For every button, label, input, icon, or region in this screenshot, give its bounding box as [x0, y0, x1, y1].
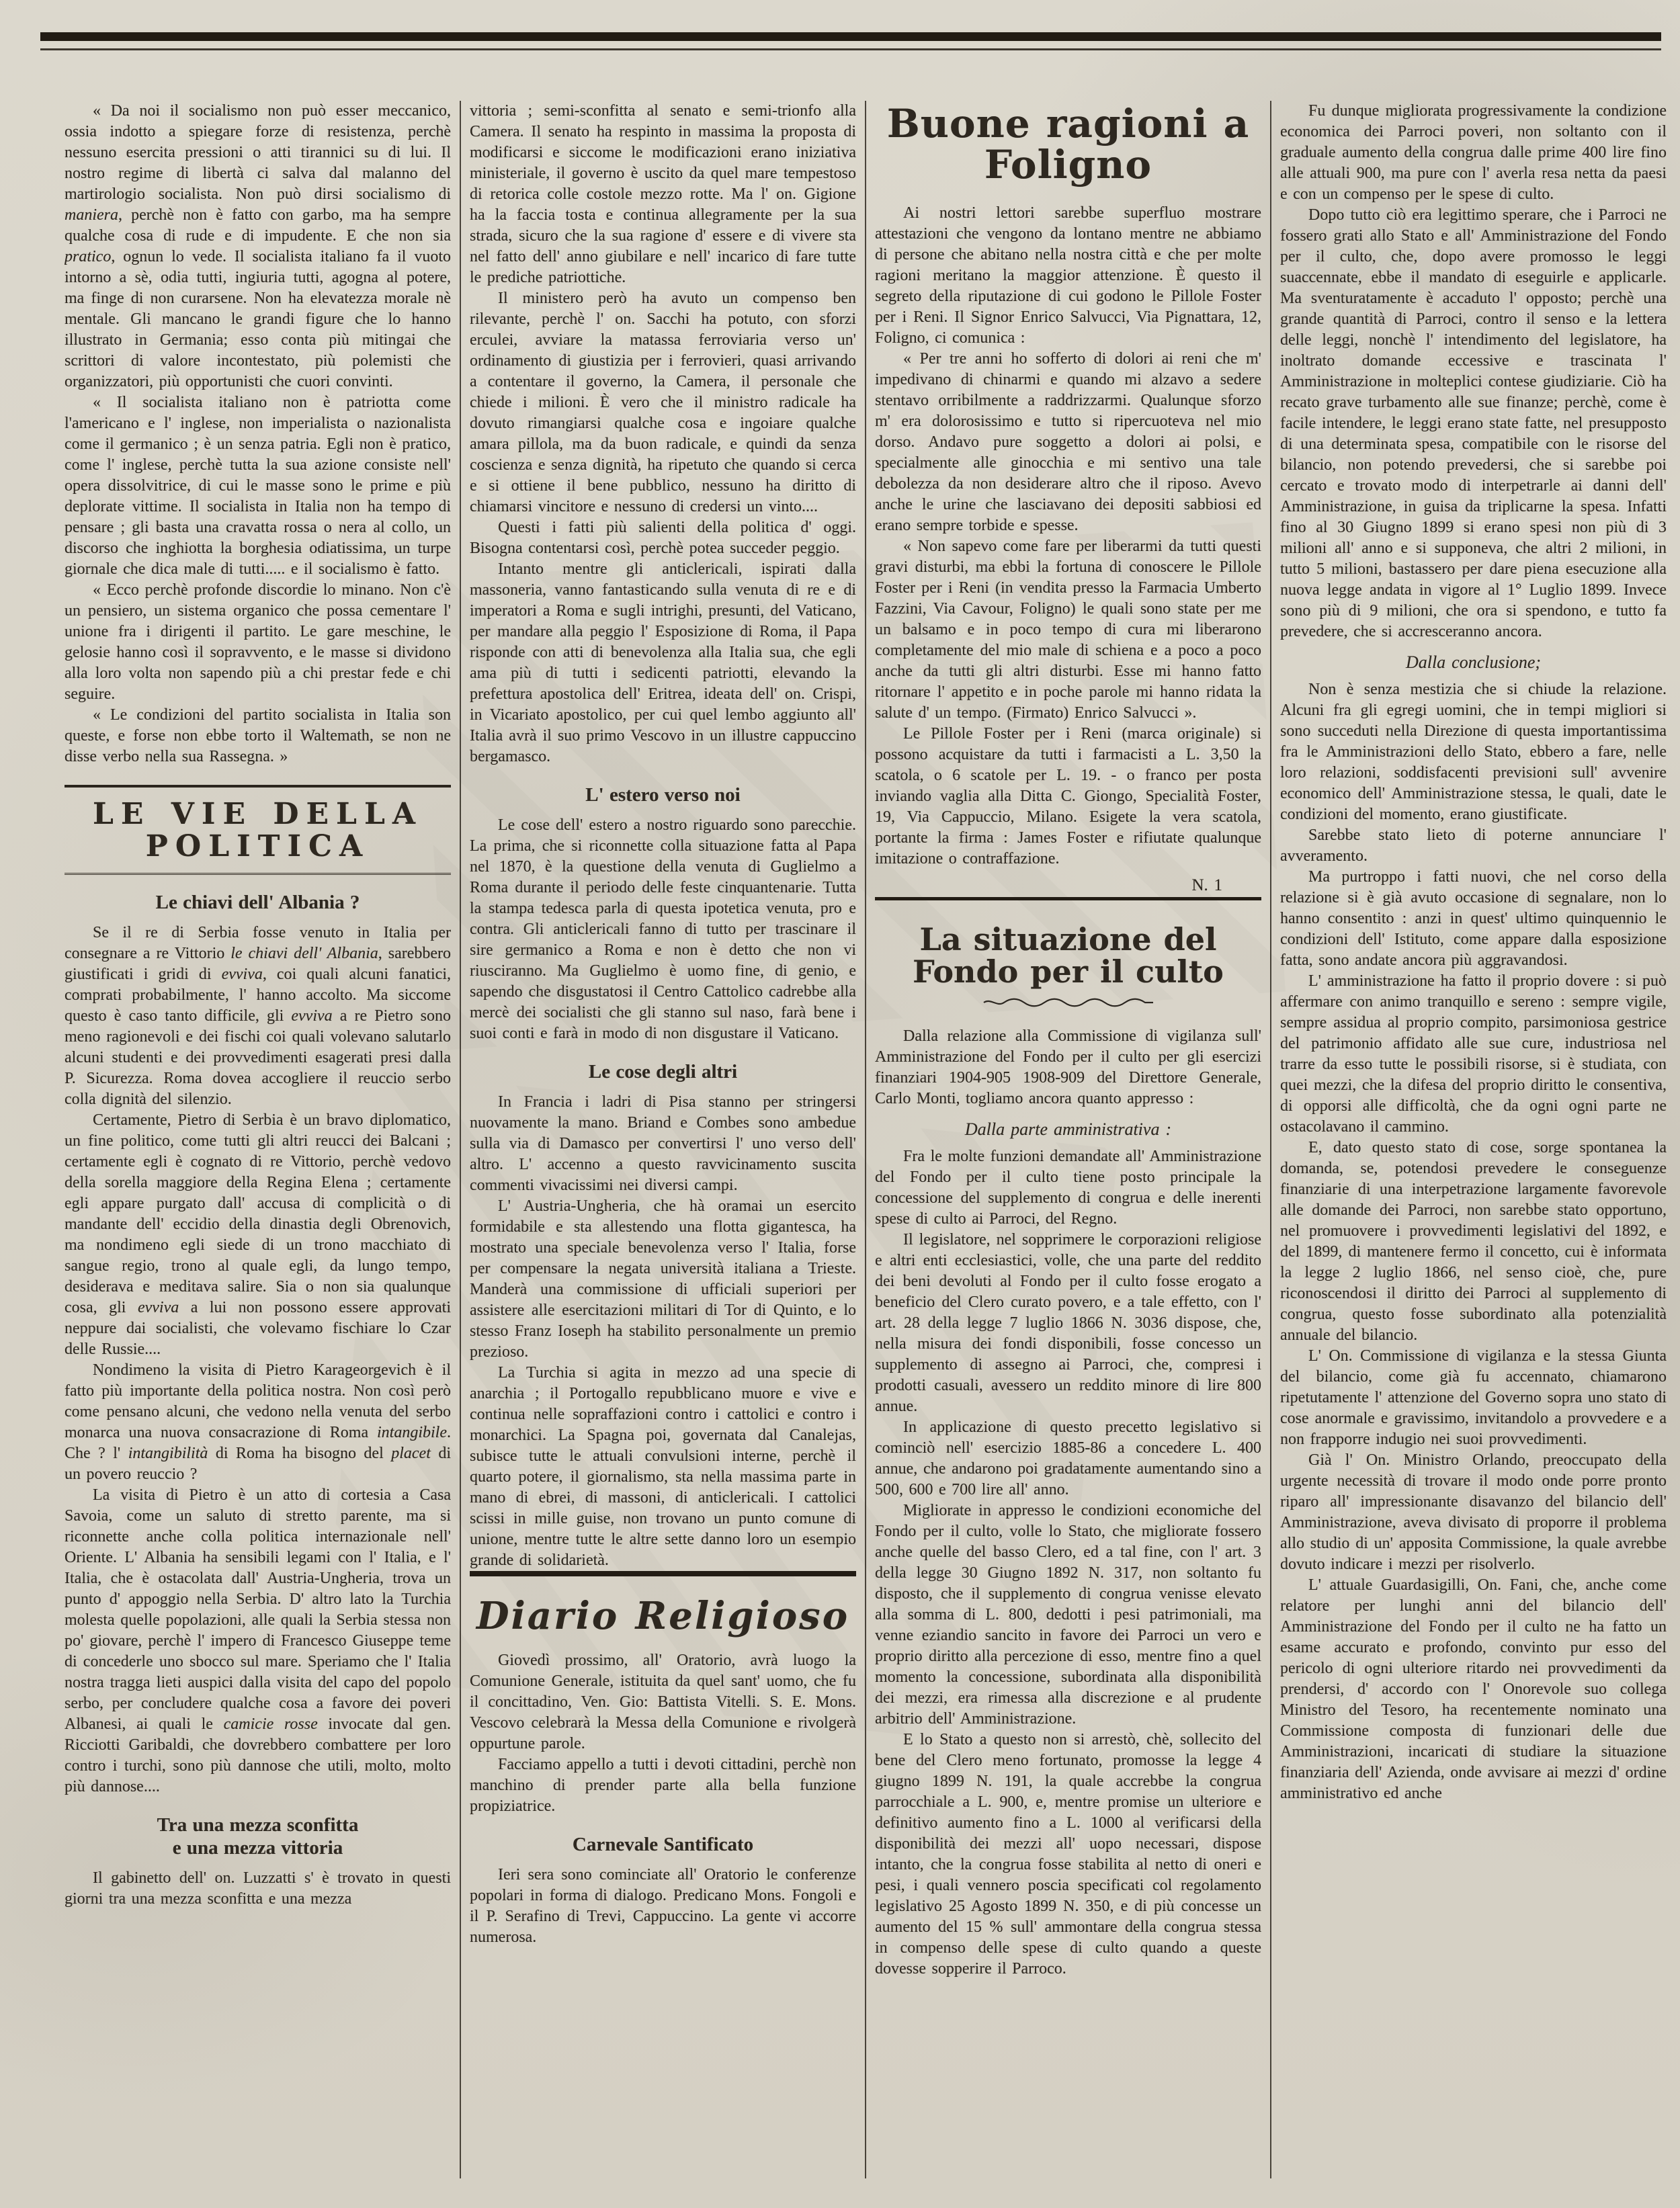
italic-subheading: Dalla parte amministrativa :	[875, 1119, 1261, 1140]
paragraph: Certamente, Pietro di Serbia è un bravo …	[65, 1110, 451, 1360]
article-subheading: Le chiavi dell' Albania ?	[65, 891, 451, 915]
paragraph: « Non sapevo come fare per liberarmi da …	[875, 536, 1261, 724]
paragraph: Il ministero però ha avuto un compenso b…	[470, 288, 856, 517]
article-headline: La situazione del Fondo per il culto	[875, 897, 1261, 988]
italic-subheading: Dalla conclusione;	[1280, 652, 1667, 673]
column-1: « Da noi il socialismo non può esser mec…	[65, 101, 451, 2178]
ornament-squiggle-icon	[981, 997, 1156, 1008]
masthead-bottom-rule	[40, 32, 1661, 41]
article-subheading: Carnevale Santificato	[470, 1833, 856, 1857]
paragraph: In Francia i ladri di Pisa stanno per st…	[470, 1092, 856, 1196]
paragraph: L' amministrazione ha fatto il proprio d…	[1280, 971, 1667, 1138]
paragraph: Il legislatore, nel sopprimere le corpor…	[875, 1230, 1261, 1417]
article-subheading: Le cose degli altri	[470, 1060, 856, 1084]
paragraph: Dalla relazione alla Commissione di vigi…	[875, 1026, 1261, 1109]
paragraph: L' attuale Guardasigilli, On. Fani, che,…	[1280, 1575, 1667, 1804]
paragraph: Questi i fatti più salienti della politi…	[470, 517, 856, 559]
paragraph: Se il re di Serbia fosse venuto in Itali…	[65, 923, 451, 1110]
paragraph: In applicazione di questo precetto legis…	[875, 1417, 1261, 1500]
paragraph: E lo Stato a questo non si arrestò, chè,…	[875, 1730, 1261, 1980]
column-4: Fu dunque migliorata progressivamente la…	[1280, 101, 1667, 2178]
paragraph: « Le condizioni del partito socialista i…	[65, 705, 451, 767]
paragraph: Ai nostri lettori sarebbe superfluo most…	[875, 203, 1261, 349]
paragraph: E, dato questo stato di cose, sorge spon…	[1280, 1138, 1667, 1346]
paragraph: Le cose dell' estero a nostro riguardo s…	[470, 815, 856, 1044]
article-subheading: L' estero verso noi	[470, 783, 856, 807]
paragraph: Le Pillole Foster per i Reni (marca orig…	[875, 724, 1261, 869]
advert-number: N. 1	[875, 875, 1261, 896]
paragraph: Fu dunque migliorata progressivamente la…	[1280, 101, 1667, 205]
masthead-bottom-rule-thin	[40, 48, 1661, 50]
paragraph: Migliorate in appresso le condizioni eco…	[875, 1500, 1261, 1730]
article-headline: Buone ragioni a Foligno	[875, 103, 1261, 185]
paragraph: « Il socialista italiano non è patriotta…	[65, 392, 451, 580]
column-separator	[460, 101, 461, 2178]
paragraph: « Ecco perchè profonde discordie lo mina…	[65, 580, 451, 705]
paragraph: La visita di Pietro è un atto di cortesi…	[65, 1485, 451, 1797]
paragraph: « Da noi il socialismo non può esser mec…	[65, 101, 451, 392]
column-separator	[1270, 101, 1271, 2178]
paragraph: Facciamo appello a tutti i devoti cittad…	[470, 1754, 856, 1817]
column-3: Buone ragioni a FolignoAi nostri lettori…	[875, 101, 1261, 2178]
newspaper-page: { "note_italic_delimiter": "*", "columns…	[0, 0, 1680, 2208]
article-headline: Diario Religioso	[470, 1571, 856, 1636]
paragraph: Il gabinetto dell' on. Luzzatti s' è tro…	[65, 1868, 451, 1910]
paragraph: L' Austria-Ungheria, che hà oramai un es…	[470, 1196, 856, 1363]
paragraph: Dopo tutto ciò era legittimo sperare, ch…	[1280, 205, 1667, 642]
paragraph: L' On. Commissione di vigilanza e la ste…	[1280, 1346, 1667, 1450]
column-separator	[865, 101, 866, 2178]
paragraph: vittoria ; semi-sconfitta al senato e se…	[470, 101, 856, 288]
column-2: vittoria ; semi-sconfitta al senato e se…	[470, 101, 856, 2178]
column-layout: « Da noi il socialismo non può esser mec…	[65, 101, 1667, 2178]
paragraph: Intanto mentre gli anticlericali, ispira…	[470, 559, 856, 767]
paragraph: « Per tre anni ho sofferto di dolori ai …	[875, 349, 1261, 536]
paragraph: Giovedì prossimo, all' Oratorio, avrà lu…	[470, 1650, 856, 1754]
paragraph: Fra le molte funzioni demandate all' Amm…	[875, 1146, 1261, 1230]
paragraph: Nondimeno la visita di Pietro Karageorge…	[65, 1360, 451, 1485]
paragraph: Non è senza mestizia che si chiude la re…	[1280, 679, 1667, 825]
paragraph: Ma purtroppo i fatti nuovi, che nel cors…	[1280, 867, 1667, 971]
paragraph: Ieri sera sono cominciate all' Oratorio …	[470, 1865, 856, 1948]
headline-ornament	[875, 993, 1261, 1014]
article-subheading: Tra una mezza sconfitta e una mezza vitt…	[65, 1814, 451, 1861]
paragraph: Già l' On. Ministro Orlando, preoccupato…	[1280, 1450, 1667, 1575]
paragraph: La Turchia si agita in mezzo ad una spec…	[470, 1363, 856, 1571]
paragraph: Sarebbe stato lieto di poterne annunciar…	[1280, 825, 1667, 867]
section-title: LE VIE DELLA POLITICA	[65, 785, 451, 875]
